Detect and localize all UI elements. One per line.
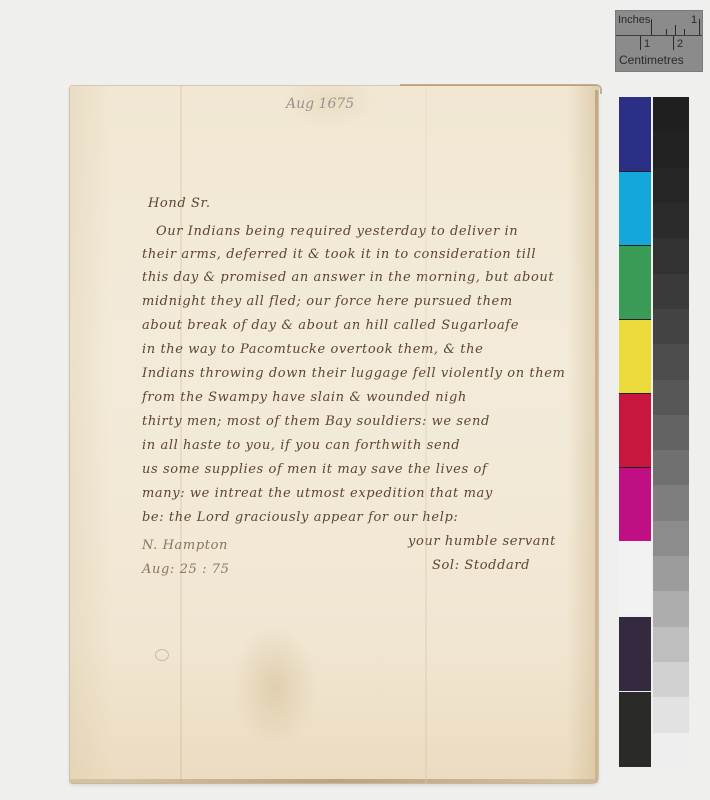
ruler-cm-tick-label: 1	[644, 38, 650, 50]
gray-step	[653, 662, 689, 698]
letter-line: thirty men; most of them Bay souldiers: …	[142, 414, 490, 429]
letter-line: midnight they all fled; our force here p…	[142, 294, 513, 309]
gray-step	[653, 97, 689, 133]
ruler-tick	[684, 29, 685, 35]
color-patch-purple	[619, 617, 651, 691]
letter-line: Indians throwing down their luggage fell…	[142, 366, 565, 381]
gray-step	[653, 238, 689, 274]
gray-step	[653, 274, 689, 310]
gray-step	[653, 132, 689, 168]
color-patch-cyan	[619, 171, 651, 246]
color-patch-black	[619, 692, 651, 767]
gray-step	[653, 591, 689, 627]
ruler-tick	[666, 29, 667, 35]
letter-line: us some supplies of men it may save the …	[142, 462, 487, 477]
letter-line: about break of day & about an hill calle…	[142, 318, 519, 333]
gray-step	[653, 485, 689, 521]
ruler-tick	[673, 36, 674, 50]
ruler-tick	[640, 36, 641, 50]
scale-ruler: Inches 1 1 2 Centimetres	[615, 10, 703, 72]
gray-step	[653, 733, 689, 769]
gray-step	[653, 521, 689, 557]
ruler-tick	[675, 25, 676, 35]
color-patch-white	[619, 541, 651, 615]
color-patch-red	[619, 393, 651, 468]
salutation: Hond Sr.	[148, 196, 211, 211]
letter-line: be: the Lord graciously appear for our h…	[142, 510, 458, 525]
gray-step	[653, 556, 689, 592]
letter-line: their arms, deferred it & took it in to …	[142, 247, 536, 262]
gray-step	[653, 344, 689, 380]
letter-line: many: we intreat the utmost expedition t…	[142, 486, 493, 501]
closing: your humble servant	[408, 534, 556, 549]
gray-step	[653, 450, 689, 486]
gray-step	[653, 309, 689, 345]
gray-step	[653, 203, 689, 239]
letter-line: this day & promised an answer in the mor…	[142, 270, 554, 285]
color-patch-blue	[619, 97, 651, 171]
ruler-cm-tick-label: 2	[677, 38, 683, 50]
signature: Sol: Stoddard	[432, 558, 530, 573]
archival-date-annotation: Aug 1675	[286, 96, 354, 112]
letter-line: in the way to Pacomtucke overtook them, …	[142, 342, 483, 357]
manuscript-sheet: Aug 1675 Hond Sr. Our Indians being requ…	[70, 86, 598, 783]
ruler-inches-label: Inches	[618, 14, 650, 26]
paper-edge-bottom	[70, 779, 598, 783]
gray-step	[653, 380, 689, 416]
color-patch-magenta	[619, 467, 651, 542]
color-patch-yellow	[619, 319, 651, 394]
collection-stamp-mark	[155, 649, 169, 661]
gray-step	[653, 415, 689, 451]
ruler-tick	[699, 19, 700, 35]
letter-line: from the Swampy have slain & wounded nig…	[142, 390, 467, 405]
letter-line: Our Indians being required yesterday to …	[156, 224, 518, 239]
letter-line: in all haste to you, if you can forthwit…	[142, 438, 460, 453]
gray-step	[653, 697, 689, 733]
paper-edge-right	[595, 90, 598, 780]
gray-step	[653, 168, 689, 204]
gray-step	[653, 627, 689, 663]
ruler-inch-tick-label: 1	[691, 14, 697, 26]
letter-date: Aug: 25 : 75	[142, 562, 230, 577]
color-patch-green	[619, 245, 651, 320]
ruler-centimetres-label: Centimetres	[619, 53, 684, 67]
ruler-tick	[651, 19, 652, 35]
paper-edge-top	[400, 84, 602, 94]
place-name: N. Hampton	[142, 538, 228, 553]
